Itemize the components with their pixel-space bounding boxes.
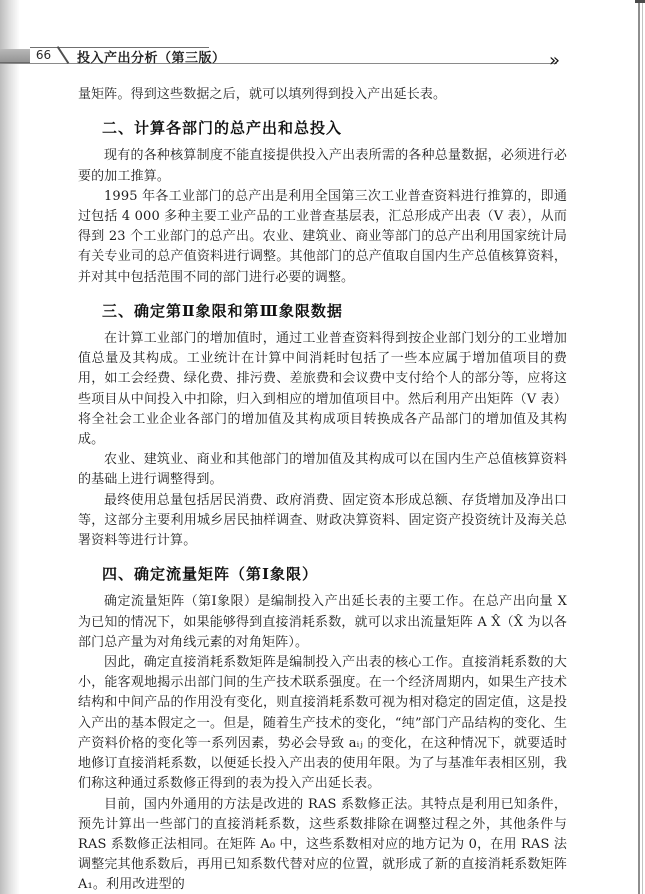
scanned-book-page: 66 投入产出分析（第三版） » 量矩阵。得到这些数据之后，就可以填列得到投入产… xyxy=(0,0,645,894)
section-heading-3: 三、确定第Ⅱ象限和第Ⅲ象限数据 xyxy=(78,301,567,321)
page-right-edge-line xyxy=(638,0,640,894)
paragraph: 现有的各种核算制度不能直接提供投入产出表所需的各种总量数据，必须进行必要的加工推… xyxy=(78,146,567,186)
page-number: 66 xyxy=(30,48,57,63)
paragraph: 1995 年各工业部门的总产出是利用全国第三次工业普查资料进行推算的，即通过包括… xyxy=(78,187,567,288)
book-title: 投入产出分析（第三版） xyxy=(77,47,226,66)
section-heading-4: 四、确定流量矩阵（第Ⅰ象限） xyxy=(78,564,567,584)
section-heading-2: 二、计算各部门的总产出和总投入 xyxy=(78,118,567,138)
paragraph: 农业、建筑业、商业和其他部门的增加值及其构成可以在国内生产总值核算资料的基础上进… xyxy=(78,450,567,490)
header-gray-tab-bar xyxy=(0,49,30,63)
paragraph: 因此，确定直接消耗系数矩阵是编制投入产出表的核心工作。直接消耗系数的大小，能客观… xyxy=(78,653,567,794)
paragraph: 最终使用总量包括居民消费、政府消费、固定资本形成总额、存货增加及净出口等，这部分… xyxy=(78,491,567,552)
paragraph: 确定流量矩阵（第Ⅰ象限）是编制投入产出延长表的主要工作。在总产出向量 X 为已知… xyxy=(78,592,567,653)
page-left-edge-shadow xyxy=(0,0,20,894)
header-diagonal-divider xyxy=(57,46,70,64)
paragraph: 目前，国内外通用的方法是改进的 RAS 系数修正法。其特点是利用已知条件，预先计… xyxy=(78,795,567,894)
page-body: 量矩阵。得到这些数据之后，就可以填列得到投入产出延长表。 二、计算各部门的总产出… xyxy=(78,85,567,894)
page-corner-cap xyxy=(635,0,645,3)
double-chevron-icon: » xyxy=(549,50,560,71)
page-right-edge-line-light xyxy=(642,0,643,894)
paragraph: 在计算工业部门的增加值时，通过工业普查资料得到按企业部门划分的工业增加值总量及其… xyxy=(78,329,567,450)
continuation-paragraph: 量矩阵。得到这些数据之后，就可以填列得到投入产出延长表。 xyxy=(78,85,567,105)
